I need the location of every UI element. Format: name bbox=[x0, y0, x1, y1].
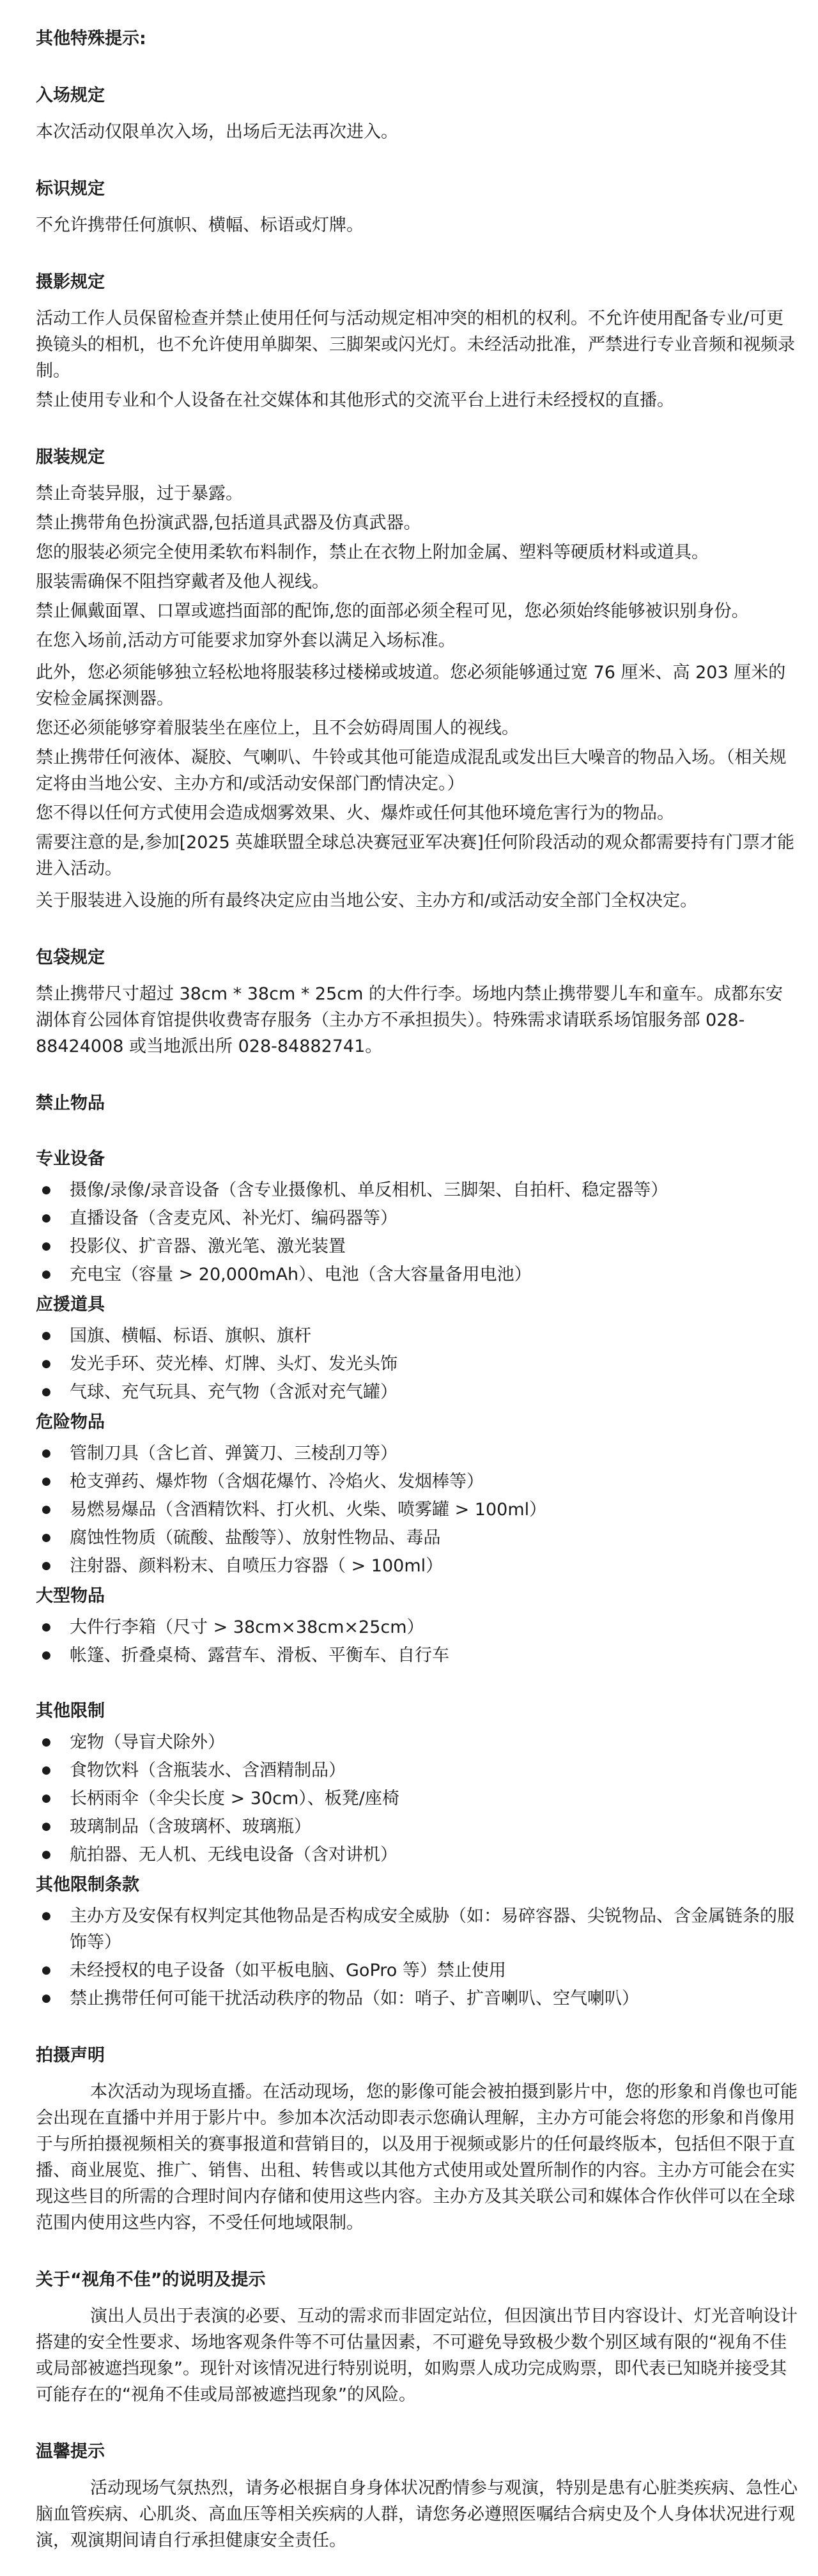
list-large-items: 大件行李箱（尺寸 > 38cm×38cm×25cm）帐篷、折叠桌椅、露营车、滑板… bbox=[36, 1614, 799, 1669]
paragraph: 此外，您必须能够独立轻松地将服装移过楼梯或坡道。您必须能够通过宽 76 厘米、高… bbox=[36, 659, 799, 712]
subheading-dangerous-items: 危险物品 bbox=[36, 1409, 799, 1435]
list-item: 未经授权的电子设备（如平板电脑、GoPro 等）禁止使用 bbox=[36, 1957, 799, 1984]
list-professional-equipment: 摄像/录像/录音设备（含专业摄像机、单反相机、三脚架、自拍杆、稳定器等）直播设备… bbox=[36, 1177, 799, 1288]
list-other-restrictions: 宠物（导盲犬除外）食物饮料（含瓶装水、含酒精制品）长柄雨伞（伞尖长度 > 30c… bbox=[36, 1729, 799, 1868]
list-item: 气球、充气玩具、充气物（含派对充气罐） bbox=[36, 1379, 799, 1405]
subheading-professional-equipment: 专业设备 bbox=[36, 1146, 799, 1172]
list-support-props: 国旗、横幅、标语、旗帜、旗杆发光手环、荧光棒、灯牌、头灯、发光头饰气球、充气玩具… bbox=[36, 1323, 799, 1405]
list-item: 注射器、颜料粉末、自喷压力容器（ > 100ml） bbox=[36, 1553, 799, 1579]
list-item: 食物饮料（含瓶装水、含酒精制品） bbox=[36, 1757, 799, 1784]
heading-costume-rules: 服装规定 bbox=[36, 444, 799, 470]
list-item: 主办方及安保有权判定其他物品是否构成安全威胁（如：易碎容器、尖锐物品、含金属链条… bbox=[36, 1903, 799, 1955]
subheading-other-restrictions: 其他限制 bbox=[36, 1698, 799, 1724]
paragraph: 禁止奇装异服，过于暴露。 bbox=[36, 481, 799, 507]
list-item: 禁止携带任何可能干扰活动秩序的物品（如：哨子、扩音喇叭、空气喇叭） bbox=[36, 1986, 799, 2012]
paragraph: 禁止携带尺寸超过 38cm * 38cm * 25cm 的大件行李。场地内禁止携… bbox=[36, 981, 799, 1060]
paragraph: 活动现场气氛热烈，请务必根据自身身体状况酌情参与观演，特别是患有心脏类疾病、急性… bbox=[36, 2475, 799, 2554]
list-dangerous-items: 管制刀具（含匕首、弹簧刀、三棱刮刀等）枪支弹药、爆炸物（含烟花爆竹、冷焰火、发烟… bbox=[36, 1440, 799, 1579]
paragraph: 您还必须能够穿着服装坐在座位上，且不会妨碍周围人的视线。 bbox=[36, 715, 799, 741]
subheading-support-props: 应援道具 bbox=[36, 1292, 799, 1318]
list-item: 枪支弹药、爆炸物（含烟花爆竹、冷焰火、发烟棒等） bbox=[36, 1469, 799, 1495]
list-item: 玻璃制品（含玻璃杯、玻璃瓶） bbox=[36, 1814, 799, 1840]
list-item: 宠物（导盲犬除外） bbox=[36, 1729, 799, 1755]
list-item: 投影仪、扩音器、激光笔、激光装置 bbox=[36, 1233, 799, 1260]
document-page: 其他特殊提示:入场规定本次活动仅限单次入场，出场后无法再次进入。标识规定不允许携… bbox=[0, 0, 818, 2576]
paragraph: 您不得以任何方式使用会造成烟雾效果、火、爆炸或任何其他环境危害行为的物品。 bbox=[36, 800, 799, 826]
paragraph: 需要注意的是,参加[2025 英雄联盟全球总决赛冠亚军决赛]任何阶段活动的观众都… bbox=[36, 829, 799, 882]
paragraph: 服装需确保不阻挡穿戴者及他人视线。 bbox=[36, 569, 799, 595]
heading-bag-rules: 包袋规定 bbox=[36, 945, 799, 971]
heading-entry-rules: 入场规定 bbox=[36, 82, 799, 109]
heading-sign-rules: 标识规定 bbox=[36, 176, 799, 202]
heading-prohibited-items: 禁止物品 bbox=[36, 1090, 799, 1116]
list-item: 帐篷、折叠桌椅、露营车、滑板、平衡车、自行车 bbox=[36, 1642, 799, 1669]
heading-warm-tips: 温馨提示 bbox=[36, 2439, 799, 2465]
paragraph: 在您入场前,活动方可能要求加穿外套以满足入场标准。 bbox=[36, 628, 799, 654]
list-item: 充电宝（容量 > 20,000mAh）、电池（含大容量备用电池） bbox=[36, 1261, 799, 1288]
heading-filming-statement: 拍摄声明 bbox=[36, 2042, 799, 2069]
paragraph: 本次活动为现场直播。在活动现场，您的影像可能会被拍摄到影片中，您的形象和肖像也可… bbox=[36, 2079, 799, 2236]
paragraph: 活动工作人员保留检查并禁止使用任何与活动规定相冲突的相机的权利。不允许使用配备专… bbox=[36, 305, 799, 384]
list-item: 直播设备（含麦克风、补光灯、编码器等） bbox=[36, 1205, 799, 1231]
list-item: 发光手环、荧光棒、灯牌、头灯、发光头饰 bbox=[36, 1351, 799, 1377]
list-item: 摄像/录像/录音设备（含专业摄像机、单反相机、三脚架、自拍杆、稳定器等） bbox=[36, 1177, 799, 1203]
paragraph: 禁止佩戴面罩、口罩或遮挡面部的配饰,您的面部必须全程可见，您必须始终能够被识别身… bbox=[36, 598, 799, 624]
subheading-other-restriction-clauses: 其他限制条款 bbox=[36, 1872, 799, 1898]
paragraph: 不允许携带任何旗帜、横幅、标语或灯牌。 bbox=[36, 212, 799, 238]
paragraph: 禁止携带角色扮演武器,包括道具武器及仿真武器。 bbox=[36, 510, 799, 536]
list-item: 国旗、横幅、标语、旗帜、旗杆 bbox=[36, 1323, 799, 1349]
paragraph: 关于服装进入设施的所有最终决定应由当地公安、主办方和/或活动安全部门全权决定。 bbox=[36, 888, 799, 914]
list-other-restriction-clauses: 主办方及安保有权判定其他物品是否构成安全威胁（如：易碎容器、尖锐物品、含金属链条… bbox=[36, 1903, 799, 2012]
paragraph: 禁止使用专业和个人设备在社交媒体和其他形式的交流平台上进行未经授权的直播。 bbox=[36, 387, 799, 413]
list-item: 长柄雨伞（伞尖长度 > 30cm）、板凳/座椅 bbox=[36, 1785, 799, 1812]
list-item: 航拍器、无人机、无线电设备（含对讲机） bbox=[36, 1842, 799, 1868]
list-item: 大件行李箱（尺寸 > 38cm×38cm×25cm） bbox=[36, 1614, 799, 1640]
heading-poor-view-notice: 关于“视角不佳”的说明及提示 bbox=[36, 2267, 799, 2293]
list-item: 管制刀具（含匕首、弹簧刀、三棱刮刀等） bbox=[36, 1440, 799, 1467]
page-title: 其他特殊提示: bbox=[36, 26, 799, 52]
list-item: 易燃易爆品（含酒精饮料、打火机、火柴、喷雾罐 > 100ml） bbox=[36, 1497, 799, 1523]
heading-photography-rules: 摄影规定 bbox=[36, 269, 799, 295]
list-item: 腐蚀性物质（硫酸、盐酸等）、放射性物品、毒品 bbox=[36, 1525, 799, 1551]
paragraph: 禁止携带任何液体、凝胶、气喇叭、牛铃或其他可能造成混乱或发出巨大噪音的物品入场。… bbox=[36, 744, 799, 797]
paragraph: 您的服装必须完全使用柔软布料制作，禁止在衣物上附加金属、塑料等硬质材料或道具。 bbox=[36, 539, 799, 566]
subheading-large-items: 大型物品 bbox=[36, 1583, 799, 1609]
paragraph: 本次活动仅限单次入场，出场后无法再次进入。 bbox=[36, 119, 799, 145]
paragraph: 演出人员出于表演的必要、互动的需求而非固定站位，但因演出节目内容设计、灯光音响设… bbox=[36, 2303, 799, 2408]
